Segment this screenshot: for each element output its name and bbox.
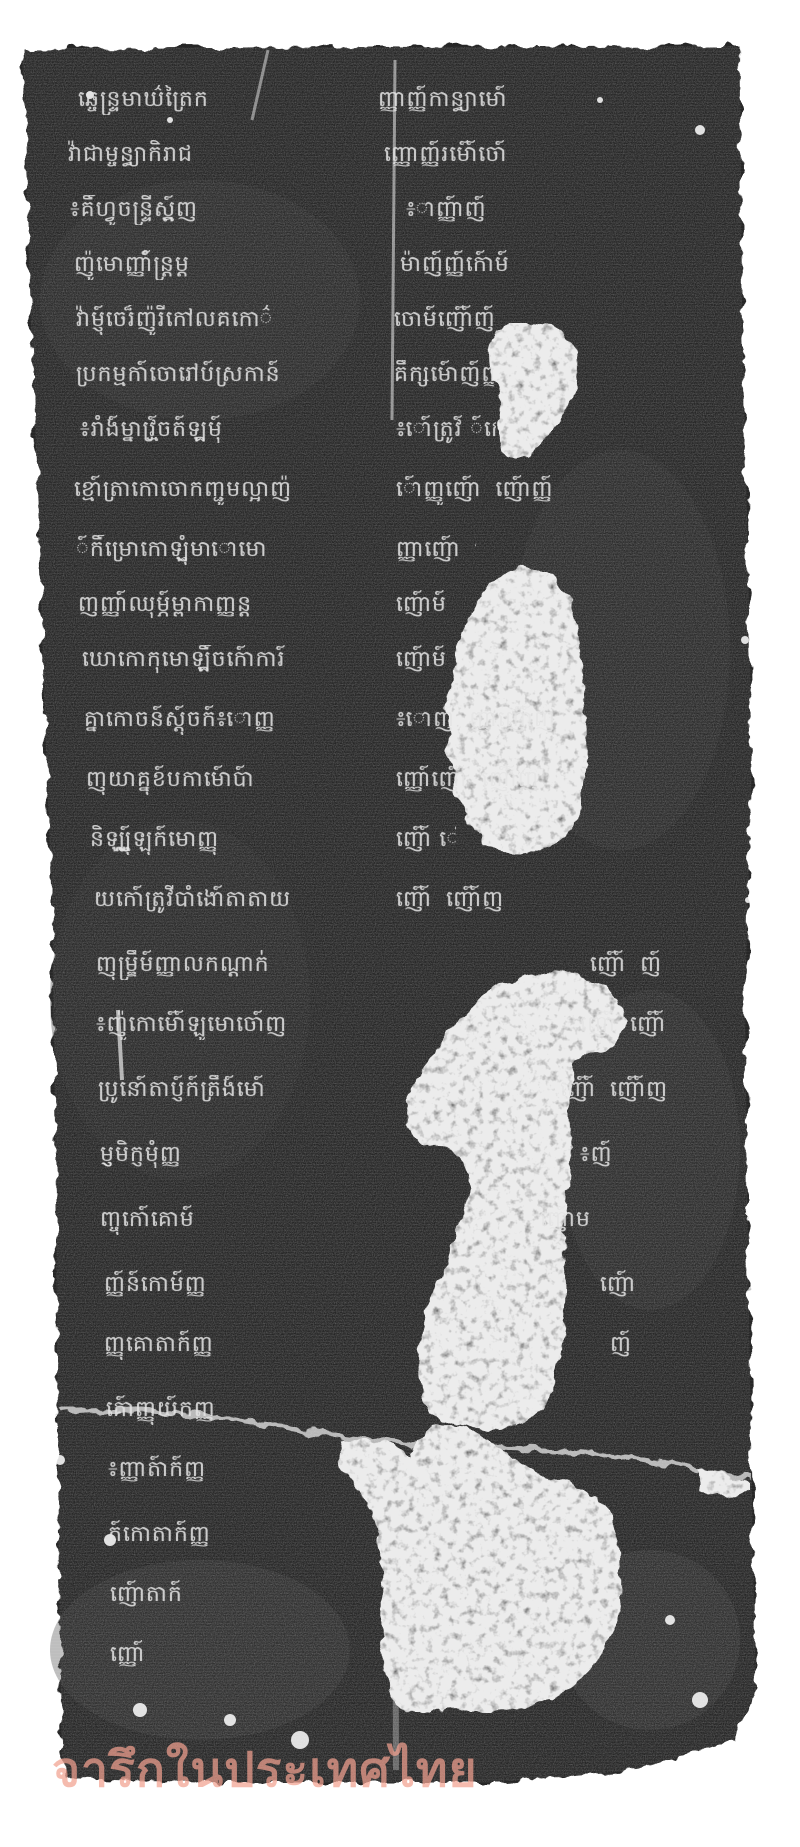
inscription-line: ចោម៍ញ៍ោ៍ញ៍៖ xyxy=(394,305,494,335)
inscription-line: ប្រកម្មកា៍ចោរៅប៍ស្រកាន៍ xyxy=(76,360,376,390)
inscription-line: ញ៍ោ xyxy=(600,1270,680,1300)
inscription-line: ក៍កោតាក៍ញ្ញ xyxy=(108,1520,308,1550)
inscription-line: ម្ញ្ញមិក្ញមុំញ្ញ xyxy=(100,1140,300,1170)
inscription-line: ញ្ចុកោ៍គោម៍ xyxy=(100,1205,300,1235)
inscription-line: វ៉ាជាម្ចន្ធ្យាកិរាជ xyxy=(68,140,358,170)
inscription-line: ញ្ញោញ្ញ៍រម៍ោ៍ចោ៍ xyxy=(384,140,634,170)
inscription-line: ញ្ញាញ៍ោ ញ៍ោ៍ញ xyxy=(396,535,476,565)
inscription-line: ៖រាំង៍ម្នាវ្រ្ម៍ចត៍ឡ្គមុ៍ xyxy=(80,415,370,445)
inscription-line: ញ៍ោតាក៍ xyxy=(110,1580,310,1610)
inscription-line: ញ៍ោ៍ ញ៍ xyxy=(590,950,700,980)
inscription-line: វ៉ាម្ញុ៍ចេរ៏ញ៉ូរីកៅលគកោ៌ xyxy=(76,305,376,335)
inscription-line: ញ៍ោម៍ ញ៍ោ៍ញ xyxy=(396,645,456,675)
inscription-line: ញ្ញ៍ន៍កោម៍ញ្ញ xyxy=(104,1270,324,1300)
inscription-line: ឃោកោកុមោឡ្ដិ៍ចក៍ោការ៍ xyxy=(82,645,372,675)
inscription-line: ៖ាញ្ញ៍ាញ៍ xyxy=(406,195,606,225)
inscription-line: ញ្ញោ៍ញ៍ោ៍ ញ៍ោ៍ញ xyxy=(396,765,676,795)
inscription-line: ញ៍ោ៍ ញ៍ោ៍ញ xyxy=(396,885,656,915)
watermark-text: จารึกในประเทศไทย xyxy=(52,1740,478,1800)
inscription-line: ម៉ាញ៍ញ្ញ៍ក៍ោម៍ xyxy=(400,250,650,280)
inscription-line: ៖ោ៍ត្រូវ៍ ៍កោម៍ xyxy=(396,415,496,445)
inscription-line: យកោ៍ត្រូវីបាំងោ៍តាតាយ xyxy=(94,885,394,915)
inscription-line: និឡ្ឈ្ម្ញុ៍ឡុក៍មោញ្ញុ xyxy=(90,825,390,855)
inscription-line: ញ្ញុគោតាក៍ញ្ញ xyxy=(104,1330,304,1360)
inscription-line: ៖ញ៉ូកោម៍ោ៍ឡូមោចោ៍ញ xyxy=(96,1010,416,1040)
inscription-line: ញ៉ូមោញ្ញាំ៍ន្ត្រម្ដ xyxy=(74,250,364,280)
inscription-line: ញ៍ោ៍ ញ៍ោ៍ញ xyxy=(560,1075,720,1105)
inscription-line: ៖គិ៍ហ្វូចន្ទ្រីស្ម្ដ៍ញ xyxy=(70,195,350,225)
inscription-line: គឹក្សម៍ោញ៍ញ្ញ xyxy=(394,360,494,390)
inscription-line: ប្រូនោ៍តាប្ញ៍ក៍ត្រឹង៍មោ៍ xyxy=(98,1075,378,1105)
inscription-line: ៍កិ៍ម្រោកោឡ្ញុំមាោមោ xyxy=(76,535,366,565)
inscription-line: ញុម្ឌ្រឹម៍ញ្ញាលកណ្ដាក់ xyxy=(96,950,356,980)
inscription-line: ញ៍ោម xyxy=(540,1205,660,1235)
inscription-line: ញញ្ញា៍ឈុម្ភ៍ម្ពាកាញ្ញន្ត xyxy=(78,590,378,620)
inscription-line: ញ្ញោ៍ xyxy=(110,1640,310,1670)
inscription-line: គ្នាកោចន៍ស្ដុ៍ចក៍៖ោញ្ញ xyxy=(84,705,384,735)
inscription-line: គ៍ោញ្ញុយ៍កញ្ញ xyxy=(106,1395,296,1425)
inscription-rubbing-image: ឆ្ចេន្ទ្រមាឃ៌ត្រៃក វ៉ាជាម្ចន្ធ្យាកិរាជ ៖… xyxy=(0,0,800,1847)
inscription-line: ៖ញ្ញាត៍ាក៍ញ្ញ xyxy=(108,1455,308,1485)
inscription-line: ញ៍ xyxy=(610,1330,670,1360)
inscription-line: ញ៍ោម៍ ញ៍ោ៍ញ xyxy=(396,590,456,620)
inscription-line: ញុយាគ្នុខ៍បកាម៍ោប៍ា xyxy=(86,765,376,795)
inscription-line: ញ៍ោ៍ ញ៍ោ៍ xyxy=(580,1010,720,1040)
inscription-line: ៍ោញ្ញូញ៍ោ ញ៍ោញ្ញ៍ xyxy=(396,475,666,505)
inscription-line: ញ្ញាញ្ញ៍កាន្ធ្យាមោ៍ xyxy=(378,85,638,115)
inscription-line: ឆ្ចេន្ទ្រមាឃ៌ត្រៃក xyxy=(78,85,378,115)
inscription-line: ៖ញ៍ xyxy=(580,1140,640,1170)
inscription-line: ៖ោញ៍ ញ្ញាញ៍ោ៍ញ xyxy=(396,705,696,735)
inscription-line: ខ្មោ៍ត្រាកោចោកញ្ជូមល្អាញ៉ xyxy=(74,475,374,505)
inscription-line: ញ៍ោ៍ ោ៍ញ xyxy=(396,825,456,855)
